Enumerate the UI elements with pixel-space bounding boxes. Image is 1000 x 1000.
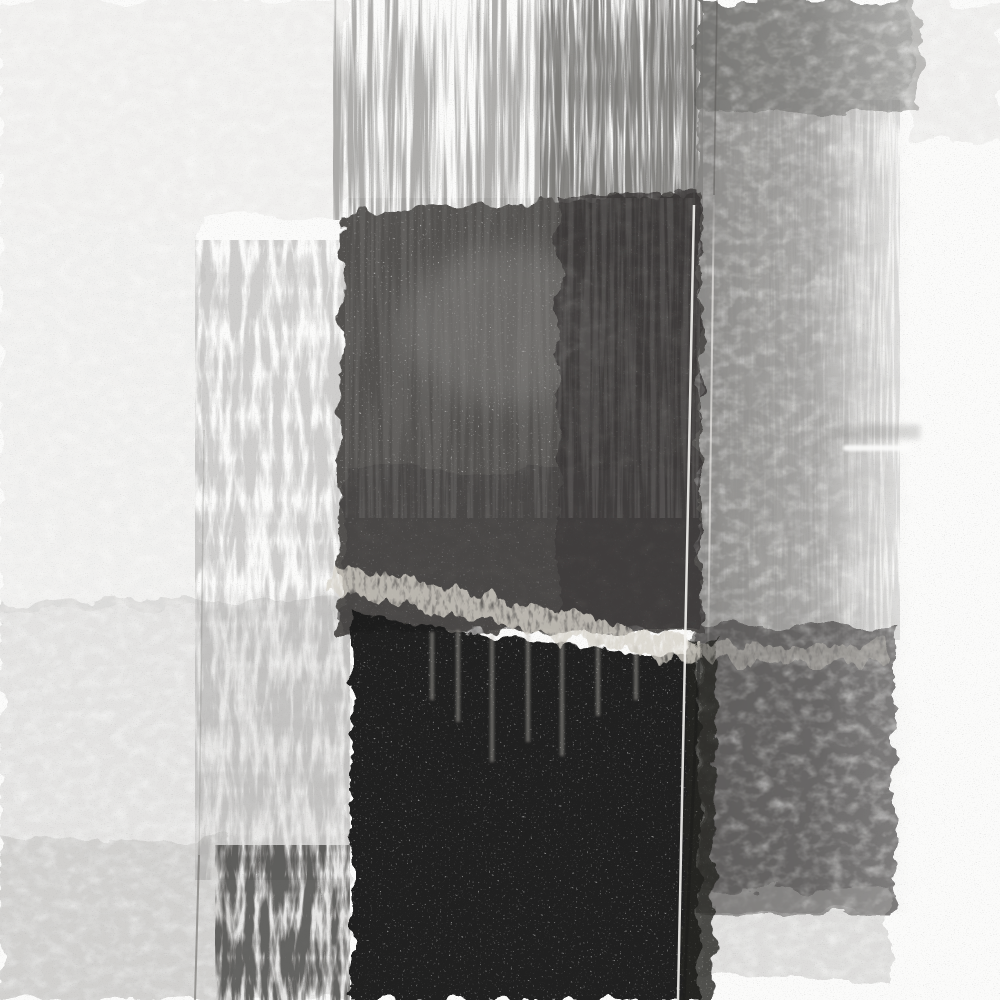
right-wash-top-strip xyxy=(698,0,920,112)
bottom-right-light-strip xyxy=(700,888,890,978)
white-horizontal-dash xyxy=(843,445,911,451)
left-streak-band-foot xyxy=(215,845,350,1000)
right-wash-streak-texture xyxy=(700,100,900,640)
abstract-monoprint-image xyxy=(0,0,1000,1000)
left-mid-tint xyxy=(0,218,200,608)
top-right-corner-tint xyxy=(912,0,1000,140)
block-drip-texture xyxy=(345,198,700,518)
white-dash-smudge xyxy=(835,425,920,439)
monoprint-canvas xyxy=(0,0,1000,1000)
left-streak-band xyxy=(195,240,350,880)
bottom-right-wash xyxy=(700,625,895,915)
diagonal-feather-stroke-right xyxy=(700,650,888,656)
top-center-dense-drips xyxy=(540,0,703,220)
top-left-tint xyxy=(0,0,345,218)
